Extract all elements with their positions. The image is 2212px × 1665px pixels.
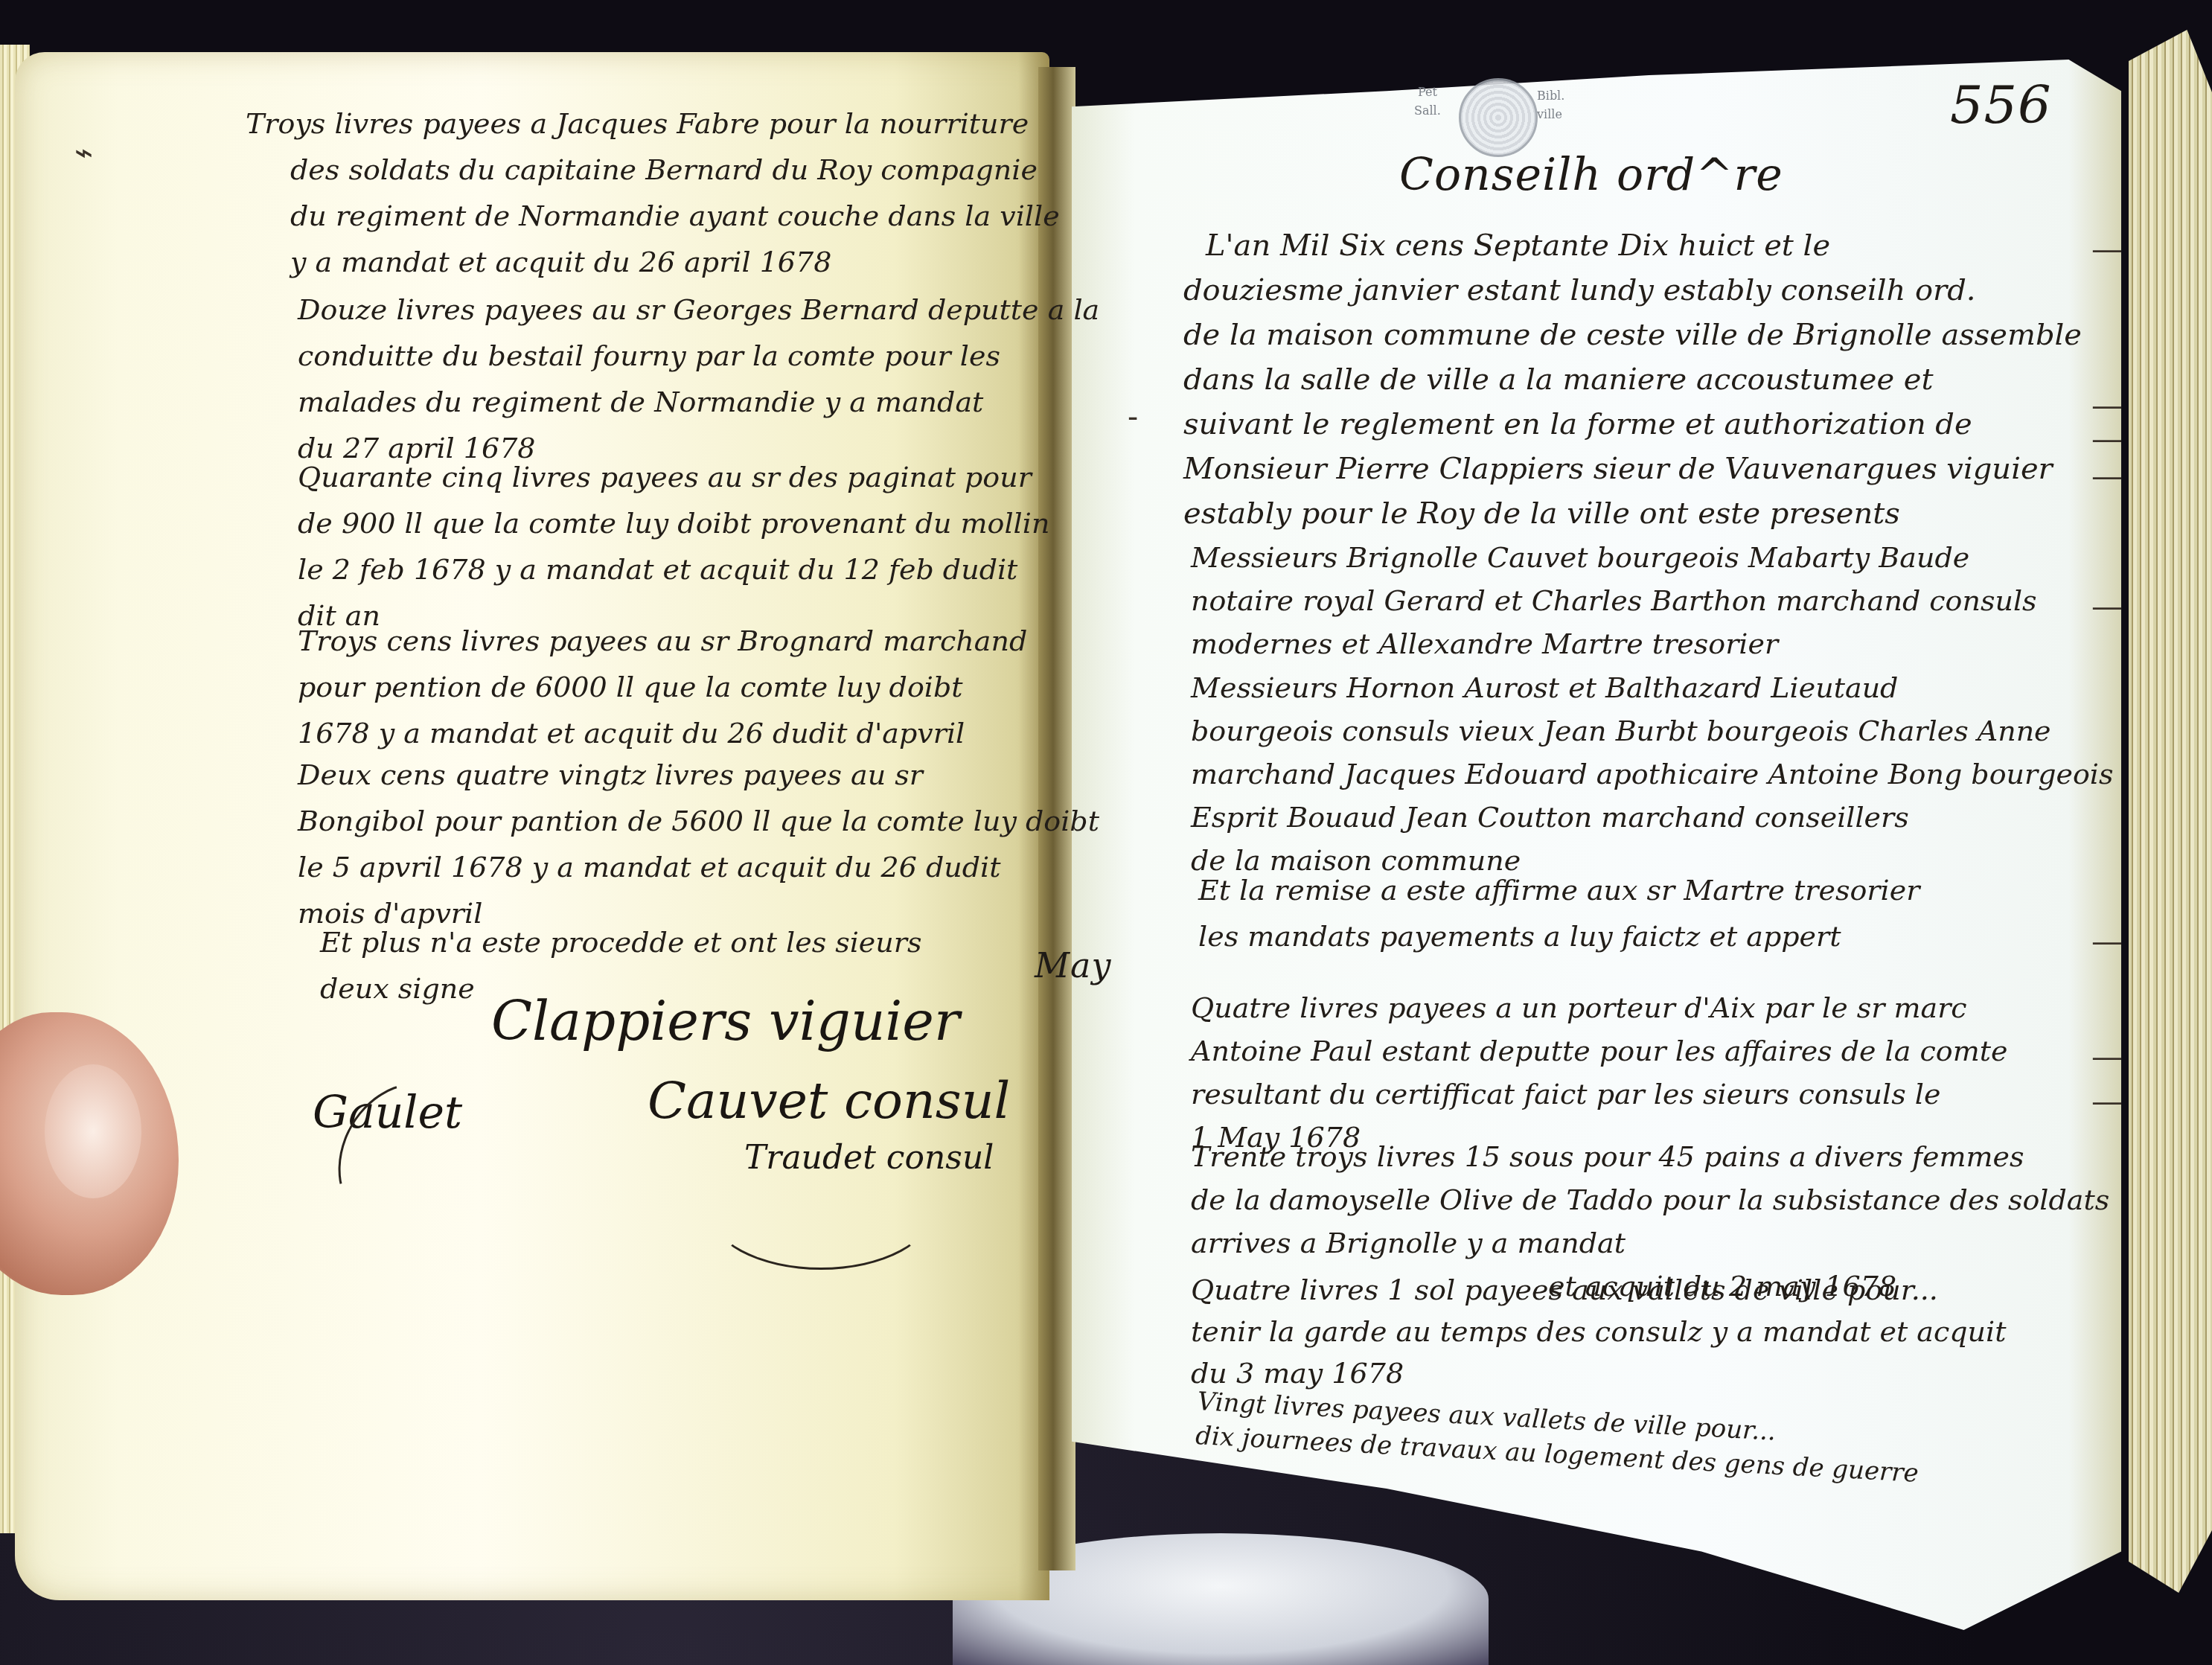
entry-line: L'an Mil Six cens Septante Dix huict et … xyxy=(1183,223,2082,268)
entry-line: Et plus n'a este procedde et ont les sie… xyxy=(320,919,922,965)
entry-line: Quarante cinq livres payees au sr des pa… xyxy=(298,454,1049,500)
entry-line: Esprit Bouaud Jean Coutton marchand cons… xyxy=(1191,796,2114,839)
attendee-list: Messieurs Hornon Aurost et Balthazard Li… xyxy=(1191,666,2114,882)
entry-line: Quatre livres 1 sol payees aux vallets d… xyxy=(1191,1269,2007,1311)
ledger-entry: Troys cens livres payees au sr Brognard … xyxy=(298,618,1027,756)
entry-line: conduitte du bestail fourny par la comte… xyxy=(298,333,1099,379)
folio-number: 556 xyxy=(1950,74,2052,135)
margin-mark-icon: ‐ xyxy=(1128,398,1138,435)
entry-line: Troys livres payees a Jacques Fabre pour… xyxy=(246,100,1060,147)
entry-line: pour pention de 6000 ll que la comte luy… xyxy=(298,664,1027,710)
entry-line: de la maison commune de ceste ville de B… xyxy=(1183,313,2082,357)
entry-line: Douze livres payees au sr Georges Bernar… xyxy=(298,287,1099,333)
attendee-list: Messieurs Brignolle Cauvet bourgeois Mab… xyxy=(1191,536,2037,665)
stamp-text: Pet xyxy=(1418,86,1437,99)
margin-mark-icon: — xyxy=(2091,458,2123,494)
entry-line: Quatre livres payees a un porteur d'Aix … xyxy=(1191,986,2007,1029)
right-page-stack-edges xyxy=(2129,30,2212,1593)
entry-line: tenir la garde au temps des consulz y a … xyxy=(1191,1311,2007,1352)
signature: Clappiers viguier xyxy=(491,990,959,1052)
entry-line: Troys cens livres payees au sr Brognard … xyxy=(298,618,1027,664)
entry-line: Trente troys livres 15 sous pour 45 pain… xyxy=(1191,1135,2109,1178)
ledger-entry: Et la remise a este affirme aux sr Martr… xyxy=(1198,867,1919,959)
entry-line: y a mandat et acquit du 26 april 1678 xyxy=(246,239,1060,285)
page-heading: Conseilh ord^re xyxy=(1399,149,1783,201)
signature: Cauvet consul xyxy=(648,1072,1010,1131)
margin-mark-icon: — xyxy=(2091,588,2123,624)
entry-line: bourgeois consuls vieux Jean Burbt bourg… xyxy=(1191,709,2114,752)
ledger-entry: Douze livres payees au sr Georges Bernar… xyxy=(298,287,1099,471)
entry-line: Messieurs Brignolle Cauvet bourgeois Mab… xyxy=(1191,536,2037,579)
entry-line: Et la remise a este affirme aux sr Martr… xyxy=(1198,867,1919,913)
margin-mark-icon: — xyxy=(2091,231,2123,267)
entry-line: Antoine Paul estant deputte pour les aff… xyxy=(1191,1029,2007,1073)
margin-mark-icon: — xyxy=(2091,1083,2123,1119)
thumbnail xyxy=(45,1064,141,1198)
ledger-entry: Deux cens quatre vingtz livres payees au… xyxy=(298,752,1099,936)
margin-mark-icon: — xyxy=(2091,1038,2123,1075)
stamp-text: Bibl. xyxy=(1537,89,1564,103)
ledger-entry: Troys livres payees a Jacques Fabre pour… xyxy=(246,100,1060,285)
ledger-entry: Quatre livres 1 sol payees aux vallets d… xyxy=(1191,1269,2007,1394)
minutes-preamble: L'an Mil Six cens Septante Dix huict et … xyxy=(1183,223,2082,536)
entry-line: le 5 apvril 1678 y a mandat et acquit du… xyxy=(298,844,1099,890)
margin-note: May xyxy=(1035,945,1112,985)
ledger-entry: Quarante cinq livres payees au sr des pa… xyxy=(298,454,1049,639)
entry-line: estably pour le Roy de la ville ont este… xyxy=(1183,491,2082,536)
entry-line: malades du regiment de Normandie y a man… xyxy=(298,379,1099,425)
entry-line: Deux cens quatre vingtz livres payees au… xyxy=(298,752,1099,798)
stamp-text: Sall. xyxy=(1414,104,1441,118)
entry-line: dans la salle de ville a la maniere acco… xyxy=(1183,357,2082,402)
entry-line: douziesme janvier estant lundy estably c… xyxy=(1183,268,2082,313)
margin-mark-icon: — xyxy=(2091,387,2123,424)
entry-line: notaire royal Gerard et Charles Barthon … xyxy=(1191,579,2037,622)
entry-line: arrives a Brignolle y a mandat xyxy=(1191,1221,2109,1265)
margin-mark-icon: — xyxy=(2091,923,2123,959)
entry-line: du regiment de Normandie ayant couche da… xyxy=(246,193,1060,239)
margin-mark-icon: ⌁ xyxy=(74,134,93,170)
entry-line: suivant le reglement en la forme et auth… xyxy=(1183,402,2082,447)
stamp-text: ville xyxy=(1537,108,1562,121)
entry-line: des soldats du capitaine Bernard du Roy … xyxy=(246,147,1060,193)
entry-line: les mandats payements a luy faictz et ap… xyxy=(1198,913,1919,959)
entry-line: modernes et Allexandre Martre tresorier xyxy=(1191,622,2037,665)
entry-line: resultant du certifficat faict par les s… xyxy=(1191,1073,2007,1116)
entry-line: du 3 may 1678 xyxy=(1191,1352,2007,1394)
entry-line: le 2 feb 1678 y a mandat et acquit du 12… xyxy=(298,546,1049,592)
ledger-entry: Quatre livres payees a un porteur d'Aix … xyxy=(1191,986,2007,1159)
margin-mark-icon: — xyxy=(2091,421,2123,457)
entry-line: Bongibol pour pantion de 5600 ll que la … xyxy=(298,798,1099,844)
entry-line: de 900 ll que la comte luy doibt provena… xyxy=(298,500,1049,546)
library-stamp-icon xyxy=(1459,78,1538,157)
entry-line: marchand Jacques Edouard apothicaire Ant… xyxy=(1191,752,2114,796)
entry-line: de la damoyselle Olive de Taddo pour la … xyxy=(1191,1178,2109,1221)
entry-line: Monsieur Pierre Clappiers sieur de Vauve… xyxy=(1183,447,2082,491)
entry-line: Messieurs Hornon Aurost et Balthazard Li… xyxy=(1191,666,2114,709)
signature-flourish xyxy=(707,1146,935,1270)
entry-line: 1678 y a mandat et acquit du 26 dudit d'… xyxy=(298,710,1027,756)
